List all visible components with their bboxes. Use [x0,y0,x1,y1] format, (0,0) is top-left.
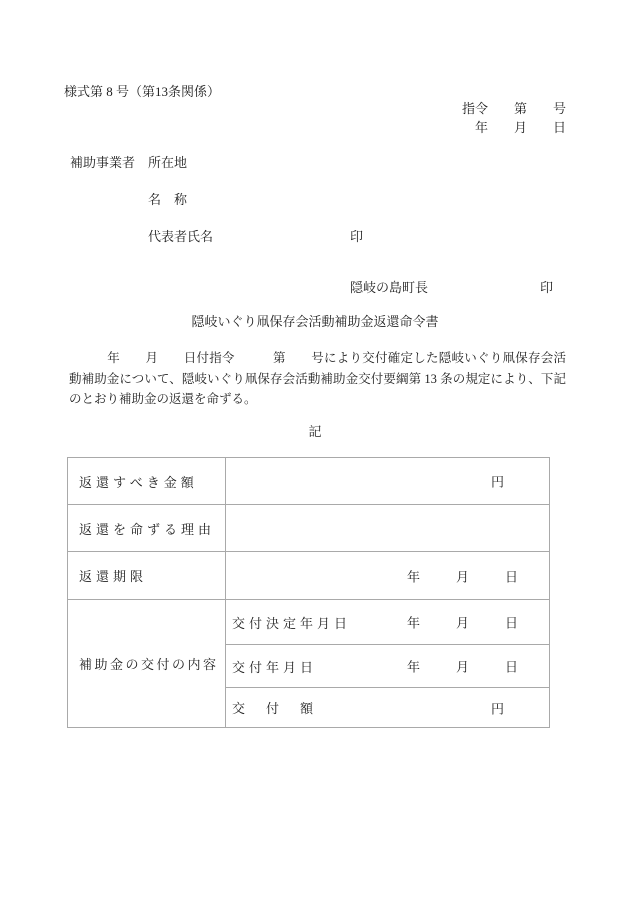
yen-unit: 円 [491,698,504,717]
cell-return-deadline: 年月日 [226,552,550,600]
date-blank-ymd: 年月日 [407,566,518,585]
note-heading: 記 [0,424,630,440]
applicant-name-line: 名 称 [148,192,187,208]
mayor-seal-mark: 印 [540,280,553,295]
body-line-2: 動補助金について、隠岐いぐり凧保存会活動補助金交付要綱第 13 条の規定により、… [69,369,566,390]
body-line-1: 年 月 日付指令 第 号により交付確定した隠岐いぐり凧保存会活 [69,348,566,369]
body-paragraph: 年 月 日付指令 第 号により交付確定した隠岐いぐり凧保存会活 動補助金について… [69,348,566,410]
row-label-grant-details: 補助金の交付の内容 [68,600,226,728]
year-token: 年 [407,616,420,631]
table-row: 返還を命ずる理由 [68,505,550,552]
yen-unit: 円 [491,472,504,491]
month-token: 月 [456,616,469,631]
table-row: 返還すべき金額 円 [68,458,550,505]
cell-grant-amount: 交 付 額 円 [226,688,550,728]
month-token: 月 [456,660,469,675]
row-label-return-deadline: 返還期限 [68,552,226,600]
table-row: 補助金の交付の内容 交付決定年月日 年月日 [68,600,550,645]
form-number: 様式第 8 号（第13条関係） [64,84,220,100]
document-title: 隠岐いぐり凧保存会活動補助金返還命令書 [0,314,630,330]
sub-label-grant-date: 交付年月日 [232,660,317,675]
cell-grant-decision-date: 交付決定年月日 年月日 [226,600,550,645]
month-token: 月 [456,569,469,584]
cell-return-reason [226,505,550,552]
return-order-table: 返還すべき金額 円 返還を命ずる理由 返還期限 年月日 補助金の交付の内容 交付… [67,457,550,728]
mayor-signature-line: 隠岐の島町長印 [350,280,553,296]
mayor-title: 隠岐の島町長 [350,280,428,295]
date-blank-ymd: 年月日 [407,657,518,676]
day-token: 日 [505,616,518,631]
cell-grant-date: 交付年月日 年月日 [226,645,550,688]
applicant-address-line: 補助事業者所在地 [70,155,187,171]
year-token: 年 [407,660,420,675]
day-token: 日 [505,660,518,675]
sub-label-grant-amount: 交 付 額 [232,701,317,716]
day-token: 日 [505,569,518,584]
document-page: 様式第 8 号（第13条関係） 指令 第 号 年 月 日 補助事業者所在地 名 … [0,0,630,915]
row-label-return-amount: 返還すべき金額 [68,458,226,505]
table-row: 返還期限 年月日 [68,552,550,600]
representative-label: 代表者氏名 [148,229,213,244]
year-token: 年 [407,569,420,584]
row-label-return-reason: 返還を命ずる理由 [68,505,226,552]
issue-date-line: 年 月 日 [475,120,566,136]
body-line-3: のとおり補助金の返還を命ずる。 [69,389,566,410]
representative-line: 代表者氏名印 [148,229,363,245]
date-blank-ymd: 年月日 [407,613,518,632]
cell-return-amount: 円 [226,458,550,505]
sub-label-grant-decision-date: 交付決定年月日 [232,616,351,631]
applicant-seal-mark: 印 [350,229,363,244]
applicant-label: 補助事業者 [70,155,135,170]
address-label: 所在地 [148,155,187,170]
directive-number-line: 指令 第 号 [462,101,566,117]
